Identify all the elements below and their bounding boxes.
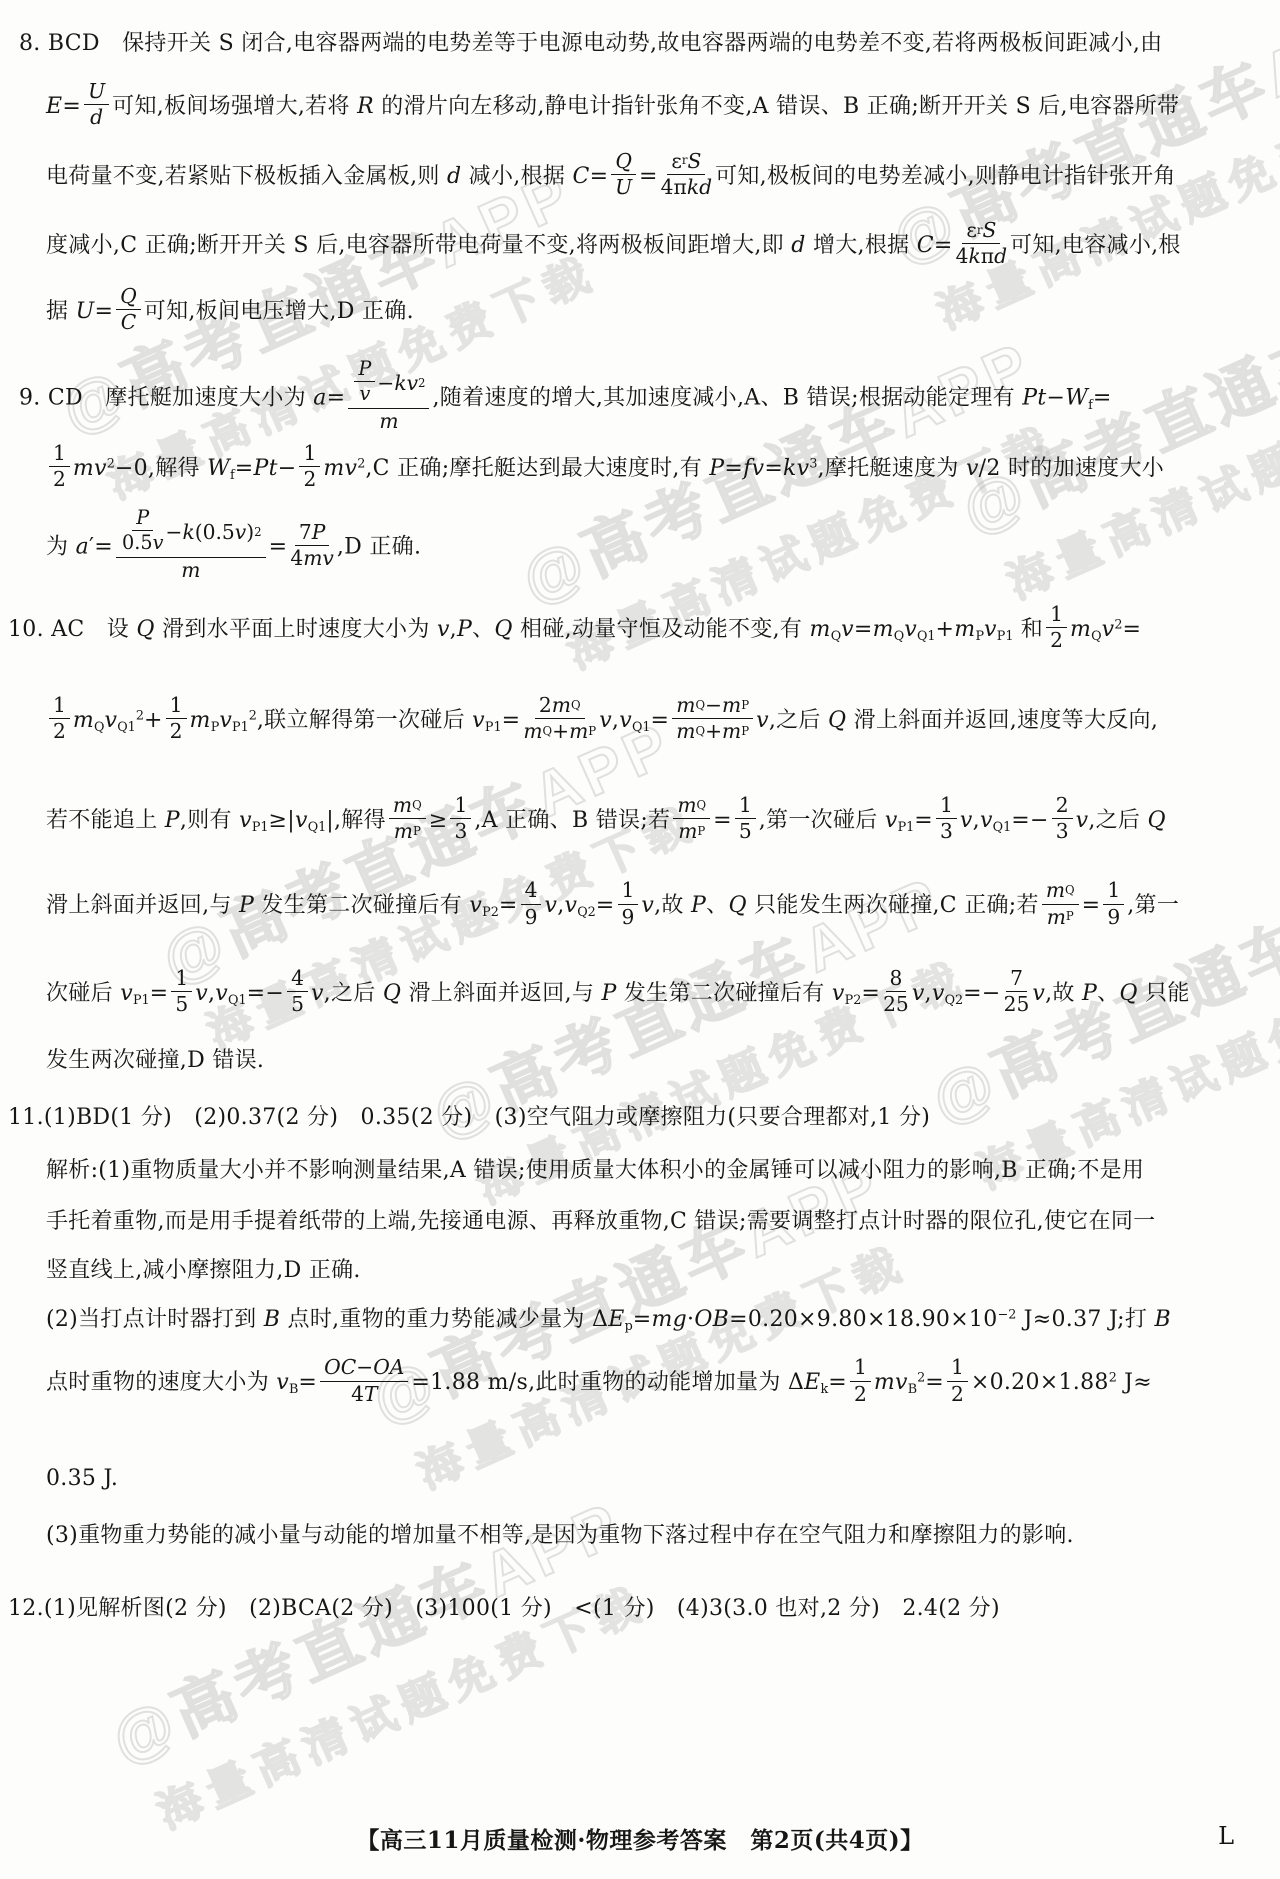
math-variable: P — [358, 358, 371, 380]
text-run: =− — [963, 981, 1000, 1006]
math-variable: P — [457, 616, 472, 641]
fraction: 12 — [166, 694, 187, 744]
numerator: 1 — [850, 1356, 871, 1381]
numerator: 1 — [1103, 879, 1124, 904]
text-run: 度减小,C 正确;断开开关 S 后,电容器所带电荷量不变,将两极板间距增大,即 — [46, 233, 791, 258]
math-variable: m — [873, 616, 894, 641]
subscript: P — [741, 699, 749, 712]
math-variable: mv — [73, 455, 107, 480]
math-variable: v — [469, 893, 482, 918]
text-run: ,第一 — [1127, 893, 1179, 918]
text-run: 2 — [951, 1383, 964, 1406]
superscript: −2 — [998, 1308, 1017, 1323]
text-run: = — [590, 163, 609, 188]
math-variable: C — [121, 311, 136, 334]
subscript: P2 — [845, 993, 862, 1008]
math-variable: m — [73, 708, 94, 733]
text-run: ,随着速度的增大,其加速度减小,A、B 错误;根据动能定理有 — [432, 386, 1022, 411]
subscript: P1 — [898, 820, 915, 835]
denominator: 2 — [854, 1382, 867, 1406]
math-variable: v — [311, 981, 324, 1006]
text-run: 1 — [53, 442, 66, 465]
numerator: 2mQ — [535, 694, 585, 719]
math-variable: m — [676, 720, 695, 743]
math-variable: E — [608, 1307, 624, 1332]
text-run: 1 — [1107, 879, 1120, 902]
text-run: ,摩托艇速度为 — [818, 455, 966, 480]
answer-sheet-page: @高考直通车APP海量高清试题免费下载@高考直通车APP海量高清试题免费下载@高… — [0, 0, 1280, 1879]
text-run: 7 — [1010, 967, 1023, 990]
text-run: = — [633, 1307, 652, 1332]
text-run: 2 — [53, 720, 66, 743]
text-run: 4 — [290, 547, 303, 570]
fraction: Pv−kv2m — [348, 360, 429, 433]
math-variable: m — [394, 820, 413, 843]
text-run: 2 — [1056, 794, 1069, 817]
numerator: mQ−mP — [672, 694, 753, 719]
math-variable: v — [215, 981, 228, 1006]
math-variable: m — [379, 410, 398, 433]
text-run: ,则有 — [180, 807, 239, 832]
text-run: ,故 — [654, 893, 691, 918]
math-variable: m — [810, 616, 831, 641]
math-variable: B — [1155, 1307, 1171, 1332]
subscript: P — [697, 825, 705, 838]
math-variable: v — [1076, 807, 1089, 832]
math-variable: v — [295, 807, 308, 832]
math-variable: Q — [615, 150, 632, 173]
numerator: 1 — [618, 879, 639, 904]
math-variable: Q — [494, 616, 512, 641]
text-run: 1 — [854, 1356, 867, 1379]
text-run: 9 — [525, 906, 538, 929]
fraction: 12 — [947, 1356, 968, 1406]
answer-line-q8-l4: 度减小,C 正确;断开开关 S 后,电容器所带电荷量不变,将两极板间距增大,即 … — [0, 221, 1280, 271]
math-variable: d — [791, 233, 805, 258]
subscript: P — [1066, 910, 1074, 923]
answer-line-q10-l3: 若不能追上 P,则有 vP1≥|vQ1|,解得mQmP≥13,A 正确、B 错误… — [0, 796, 1280, 846]
text-run: −0,解得 — [115, 455, 207, 480]
text-run: = — [62, 94, 81, 119]
text-run: 2 — [303, 468, 316, 491]
text-run: 1 — [175, 967, 188, 990]
text-run: 4π — [661, 176, 687, 199]
text-run: 1 — [303, 442, 316, 465]
text-run: ,之后 — [1088, 807, 1147, 832]
text-run: 1 — [940, 794, 953, 817]
fraction: 45 — [287, 967, 308, 1017]
math-variable: P — [165, 807, 180, 832]
math-variable: k — [182, 521, 194, 544]
math-variable: P — [1082, 981, 1097, 1006]
text-run: 滑上斜面并返回,与 — [46, 893, 239, 918]
fraction: QC — [116, 285, 141, 335]
text-run: ′= — [89, 535, 113, 560]
denominator: 25 — [1004, 992, 1030, 1016]
text-run: 2 — [170, 720, 183, 743]
text-run: 竖直线上,减小摩擦阻力,D 正确. — [46, 1258, 361, 1283]
text-run: 9. CD 摩托艇加速度大小为 — [19, 386, 313, 411]
math-variable: Q — [1119, 981, 1137, 1006]
text-run: 手托着重物,而是用手提着纸带的上端,先接通电源、再释放重物,C 错误;需要调整打… — [46, 1209, 1155, 1234]
text-run: − — [1046, 386, 1065, 411]
math-variable: mg — [651, 1307, 687, 1332]
math-variable: kv — [394, 372, 418, 395]
text-run: 7 — [299, 521, 312, 544]
text-run: 10. AC 设 — [8, 616, 136, 641]
fraction: mQmP — [673, 794, 710, 844]
math-variable: v — [932, 981, 945, 1006]
denominator: 0.5v — [122, 531, 163, 554]
numerator: 7 — [1006, 967, 1027, 992]
denominator: 9 — [1107, 905, 1120, 929]
text-run: , — [450, 616, 457, 641]
math-variable: v — [564, 893, 577, 918]
text-run: ≥ — [429, 807, 448, 832]
numerator: OC−OA — [320, 1356, 408, 1381]
text-run: (0.5 — [195, 521, 235, 544]
math-variable: B — [264, 1307, 280, 1332]
text-run: 解析:(1)重物质量大小并不影响测量结果,A 错误;使用质量大体积小的金属锤可以… — [46, 1158, 1144, 1183]
math-variable: v — [980, 807, 993, 832]
denominator: 4kπd — [956, 244, 1007, 268]
denominator: 3 — [940, 819, 953, 843]
fraction: 49 — [521, 879, 542, 929]
answer-line-q12-l1: 12.(1)见解析图(2 分) (2)BCA(2 分) (3)100(1 分) … — [0, 1594, 1280, 1623]
text-run: 9 — [1107, 906, 1120, 929]
text-run: 8. BCD 保持开关 S 闭合,电容器两端的电势差等于电源电动势,故电容器两端… — [19, 31, 1162, 56]
math-variable: U — [615, 176, 632, 199]
subscript: p — [625, 1320, 633, 1335]
math-variable: P — [601, 981, 616, 1006]
math-variable: a — [76, 535, 89, 560]
text-run: ≥| — [269, 807, 295, 832]
fraction: 825 — [883, 967, 909, 1017]
text-run: 1 — [951, 1356, 964, 1379]
math-variable: OA — [373, 1356, 404, 1379]
math-variable: P — [136, 507, 149, 529]
text-run: = — [596, 893, 615, 918]
answer-line-q8-l1: 8. BCD 保持开关 S 闭合,电容器两端的电势差等于电源电动势,故电容器两端… — [0, 29, 1280, 58]
text-run: = — [502, 708, 521, 733]
math-variable: v — [599, 708, 612, 733]
text-run: ε — [966, 219, 976, 242]
fraction: 12 — [49, 442, 70, 492]
denominator: 5 — [739, 819, 752, 843]
superscript: 2 — [249, 709, 257, 724]
text-run: = — [298, 1370, 317, 1395]
denominator: mP — [678, 819, 705, 843]
math-variable: P — [691, 893, 706, 918]
math-variable: P — [312, 521, 326, 544]
text-run: = — [764, 455, 783, 480]
numerator: 4 — [287, 967, 308, 992]
text-run: 4 — [291, 967, 304, 990]
fraction: 13 — [936, 794, 957, 844]
text-run: 4 — [956, 245, 969, 268]
superscript: 2 — [254, 526, 261, 539]
fraction: Ud — [84, 80, 109, 130]
math-variable: m — [1070, 616, 1091, 641]
text-run: 1 — [622, 879, 635, 902]
text-run: J≈0.37 J;打 — [1016, 1307, 1154, 1332]
fraction: 12 — [850, 1356, 871, 1406]
math-variable: Q — [120, 285, 137, 308]
answer-line-q11-l1: 11.(1)BD(1 分) (2)0.37(2 分) 0.35(2 分) (3)… — [0, 1103, 1280, 1132]
subscript: Q — [543, 725, 553, 738]
fraction: 19 — [1103, 879, 1124, 929]
text-run: = — [724, 455, 743, 480]
math-variable: v — [885, 807, 898, 832]
math-variable: v — [1102, 616, 1115, 641]
numerator: 8 — [886, 967, 907, 992]
text-run: 、 — [706, 893, 728, 918]
subscript: Q — [695, 725, 705, 738]
text-run: = — [914, 807, 933, 832]
math-variable: m — [393, 794, 412, 817]
text-run: = — [639, 163, 658, 188]
text-run: ,之后 — [769, 708, 828, 733]
math-variable: m — [722, 694, 741, 717]
fraction: 725 — [1004, 967, 1030, 1017]
text-run: + — [144, 708, 163, 733]
subscript: B — [908, 1382, 917, 1397]
fraction: 12 — [49, 694, 70, 744]
text-run: ) — [246, 521, 254, 544]
math-variable: v — [841, 616, 854, 641]
math-variable: v — [966, 455, 979, 480]
math-variable: v — [235, 521, 246, 544]
text-run: 次碰后 — [46, 981, 120, 1006]
numerator: 1 — [1046, 603, 1067, 628]
numerator: 1 — [947, 1356, 968, 1381]
math-variable: v — [276, 1370, 289, 1395]
text-run: − — [377, 372, 394, 395]
subscript: Q1 — [117, 720, 136, 735]
text-run: ,第一次碰后 — [759, 807, 885, 832]
footer-title: 【高三11月质量检测·物理参考答案 第2页(共4页)】 — [356, 1827, 923, 1854]
fraction: 15 — [735, 794, 756, 844]
denominator: v — [359, 382, 370, 405]
text-run: 减小,根据 — [461, 163, 572, 188]
math-variable: Q — [728, 893, 746, 918]
answer-line-q11-l6: 点时重物的速度大小为 vB=OC−OA4T=1.88 m/s,此时重物的动能增加… — [0, 1358, 1280, 1408]
answers-content: 8. BCD 保持开关 S 闭合,电容器两端的电势差等于电源电动势,故电容器两端… — [0, 0, 1280, 1623]
math-variable: v — [239, 807, 252, 832]
text-run: 增大,根据 — [806, 233, 917, 258]
text-run: + — [936, 616, 955, 641]
text-run: 可知,板间电压增大,D 正确. — [144, 298, 414, 323]
subscript: P — [975, 629, 984, 644]
text-run: 1 — [739, 794, 752, 817]
math-variable: m — [190, 708, 211, 733]
answer-line-q10-l2: 12mQvQ12+12mPvP12,联立解得第一次碰后 vP1=2mQmQ+mP… — [0, 696, 1280, 746]
answer-line-q10-l5: 次碰后 vP1=15v,vQ1=−45v,之后 Q 滑上斜面并返回,与 P 发生… — [0, 969, 1280, 1019]
denominator: 4T — [351, 1382, 377, 1406]
text-run: 0.35 J. — [46, 1466, 118, 1491]
math-variable: v — [437, 616, 450, 641]
text-run: 2 — [539, 694, 552, 717]
denominator: 2 — [170, 719, 183, 743]
text-run: ,联立解得第一次碰后 — [257, 708, 472, 733]
text-run: 12.(1)见解析图(2 分) (2)BCA(2 分) (3)100(1 分) … — [8, 1596, 1000, 1621]
text-run: 3 — [940, 820, 953, 843]
math-variable: v — [219, 708, 232, 733]
text-run: = — [854, 616, 873, 641]
math-variable: d — [90, 106, 103, 129]
math-variable: W — [207, 455, 230, 480]
text-run: 3 — [454, 820, 467, 843]
subscript: Q — [1065, 884, 1075, 897]
text-run: 滑上斜面并返回,与 — [401, 981, 601, 1006]
subscript: Q1 — [632, 720, 651, 735]
numerator: U — [84, 80, 109, 105]
denominator: 4πkd — [661, 175, 712, 199]
text-run: 1 — [454, 794, 467, 817]
text-run: ,C 正确;摩托艇达到最大速度时,有 — [365, 455, 709, 480]
answer-line-q8-l3: 电荷量不变,若紧贴下极板插入金属板,则 d 减小,根据 C=QU=εrS4πkd… — [0, 152, 1280, 202]
numerator: 7P — [295, 521, 330, 546]
math-variable: d — [994, 245, 1007, 268]
text-run: 为 — [46, 535, 76, 560]
fraction: 13 — [450, 794, 471, 844]
text-run: 2 — [53, 468, 66, 491]
math-variable: m — [954, 616, 975, 641]
subscript: Q — [412, 799, 422, 812]
math-variable: C — [917, 233, 934, 258]
text-run: 发生第二次碰撞后有 — [254, 893, 469, 918]
text-run: 点时重物的速度大小为 — [46, 1370, 276, 1395]
math-variable: Pt — [1022, 386, 1046, 411]
numerator: 1 — [299, 442, 320, 467]
subscript: P1 — [133, 993, 150, 1008]
math-variable: v — [756, 708, 769, 733]
numerator: εrS — [962, 219, 1000, 244]
math-variable: m — [569, 720, 588, 743]
text-run: 0.5 — [122, 532, 153, 554]
subscript: Q1 — [308, 820, 327, 835]
fraction: mQmP — [389, 794, 426, 844]
answer-line-q11-l8: (3)重物重力势能的减小量与动能的增加量不相等,是因为重物下落过程中存在空气阻力… — [0, 1521, 1280, 1550]
numerator: mQ — [673, 794, 710, 819]
numerator: P — [354, 358, 375, 382]
subscript: B — [289, 1382, 298, 1397]
text-run: ,故 — [1045, 981, 1082, 1006]
fraction: P0.5v−k(0.5v)2m — [116, 509, 266, 582]
text-run: 9 — [622, 906, 635, 929]
text-run: = — [1093, 386, 1112, 411]
text-run: = — [269, 535, 288, 560]
math-variable: Q — [828, 708, 846, 733]
text-run: 据 — [46, 298, 76, 323]
subscript: P2 — [482, 905, 499, 920]
superscript: 2 — [107, 456, 115, 471]
text-run: J≈ — [1117, 1370, 1152, 1395]
text-run: = — [925, 1370, 944, 1395]
text-run: 25 — [883, 993, 909, 1016]
answer-line-q9-l1: 9. CD 摩托艇加速度大小为 a=Pv−kv2m,随着速度的增大,其加速度减小… — [0, 362, 1280, 435]
numerator: 1 — [166, 694, 187, 719]
math-variable: m — [1046, 879, 1065, 902]
answer-line-q11-l4: 竖直线上,减小摩擦阻力,D 正确. — [0, 1256, 1280, 1285]
answer-line-q11-l3: 手托着重物,而是用手提着纸带的上端,先接通电源、再释放重物,C 错误;需要调整打… — [0, 1207, 1280, 1236]
subscript: Q — [1091, 629, 1101, 644]
answer-line-q10-l6: 发生两次碰撞,D 错误. — [0, 1046, 1280, 1075]
math-variable: v — [472, 708, 485, 733]
text-run: = — [828, 1370, 847, 1395]
denominator: C — [121, 310, 136, 334]
math-variable: Q — [136, 616, 154, 641]
math-variable: W — [1065, 386, 1088, 411]
denominator: mQ+mP — [523, 719, 596, 743]
text-run: (3)重物重力势能的减小量与动能的增加量不相等,是因为重物下落过程中存在空气阻力… — [46, 1523, 1074, 1548]
text-run: 电荷量不变,若紧贴下极板插入金属板,则 — [46, 163, 447, 188]
math-variable: v — [984, 616, 997, 641]
math-variable: v — [619, 708, 632, 733]
denominator: 9 — [622, 905, 635, 929]
text-run: 滑上斜面并返回,速度等大反向, — [846, 708, 1158, 733]
numerator: Q — [611, 150, 636, 175]
fraction: 2mQmQ+mP — [523, 694, 596, 744]
numerator: Pv−kv2 — [348, 360, 429, 409]
text-run: 点时,重物的重力势能减少量为 Δ — [280, 1307, 608, 1332]
answer-line-q11-l7: 0.35 J. — [0, 1464, 1280, 1493]
numerator: P0.5v−k(0.5v)2 — [116, 509, 266, 558]
text-run: ,A 正确、B 错误;若 — [474, 807, 670, 832]
numerator: Q — [116, 285, 141, 310]
text-run: 、 — [1097, 981, 1119, 1006]
denominator: 2 — [53, 467, 66, 491]
text-run: 发生第二次碰撞后有 — [617, 981, 832, 1006]
answer-line-q9-l2: 12mv2−0,解得 Wf=Pt−12mv2,C 正确;摩托艇达到最大速度时,有… — [0, 444, 1280, 494]
subscript: Q — [831, 629, 841, 644]
text-run: = — [1122, 616, 1141, 641]
denominator: 25 — [883, 992, 909, 1016]
math-variable: v — [1032, 981, 1045, 1006]
math-variable: kd — [687, 176, 712, 199]
text-run: =0.20×9.80×18.90×10 — [729, 1307, 997, 1332]
math-variable: OB — [694, 1307, 729, 1332]
subscript: Q — [894, 629, 904, 644]
numerator: 1 — [936, 794, 957, 819]
denominator: U — [615, 175, 632, 199]
text-run: 滑到水平面上时速度大小为 — [155, 616, 437, 641]
subscript: P1 — [232, 720, 249, 735]
subscript: Q2 — [945, 993, 964, 1008]
math-variable: R — [357, 94, 374, 119]
subscript: Q2 — [577, 905, 596, 920]
text-run: = — [499, 893, 518, 918]
fraction: P0.5v — [122, 507, 163, 554]
text-run: 可知,极板间的电势差减小,则静电计指针张开角 — [715, 163, 1176, 188]
text-run: 2 — [854, 1383, 867, 1406]
superscript: 2 — [136, 709, 144, 724]
text-run: 3 — [1056, 820, 1069, 843]
text-run: 可知,板间场强增大,若将 — [112, 94, 357, 119]
math-variable: v — [120, 981, 133, 1006]
math-variable: m — [181, 559, 200, 582]
text-run: = — [713, 807, 732, 832]
text-run: = — [651, 708, 670, 733]
text-run: − — [278, 455, 297, 480]
page-corner-label: L — [1218, 1822, 1234, 1850]
math-variable: S — [982, 219, 996, 242]
math-variable: E — [804, 1370, 820, 1395]
text-run: 4 — [525, 879, 538, 902]
page-footer: 【高三11月质量检测·物理参考答案 第2页(共4页)】 — [0, 1822, 1280, 1855]
text-run: , — [925, 981, 932, 1006]
text-run: 1 — [1050, 603, 1063, 626]
